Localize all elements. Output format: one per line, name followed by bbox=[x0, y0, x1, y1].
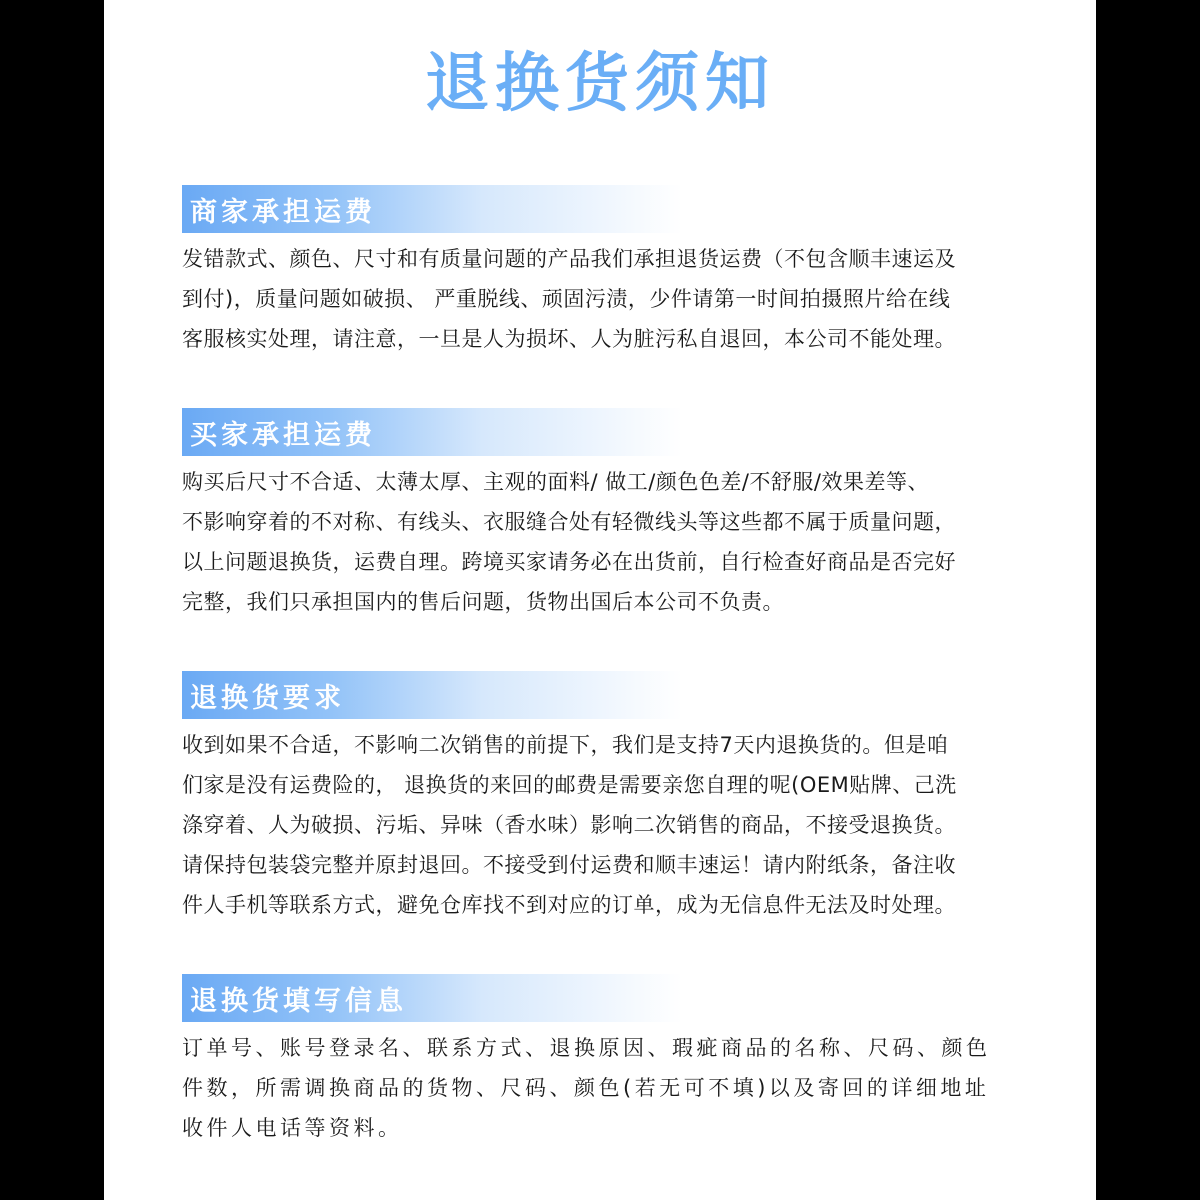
section-header: 买家承担运费 bbox=[182, 408, 682, 456]
section-body: 订单号、账号登录名、联系方式、退换原因、瑕疵商品的名称、尺码、颜色 件数，所需调… bbox=[182, 1028, 1042, 1148]
body-line: 请保持包装袋完整并原封退回。不接受到付运费和顺丰速运！请内附纸条，备注收 bbox=[182, 845, 1042, 885]
section-header: 退换货要求 bbox=[182, 671, 682, 719]
page-title: 退换货须知 bbox=[104, 44, 1096, 124]
notice-page: 退换货须知 商家承担运费 发错款式、颜色、尺寸和有质量问题的产品我们承担退货运费… bbox=[104, 0, 1096, 1200]
section-heading: 退换货要求 bbox=[190, 676, 345, 715]
section-heading: 退换货填写信息 bbox=[190, 979, 407, 1018]
body-line: 订单号、账号登录名、联系方式、退换原因、瑕疵商品的名称、尺码、颜色 bbox=[182, 1028, 1042, 1068]
body-line: 客服核实处理，请注意，一旦是人为损坏、人为脏污私自退回，本公司不能处理。 bbox=[182, 319, 1042, 359]
body-line: 件数，所需调换商品的货物、尺码、颜色(若无可不填)以及寄回的详细地址 bbox=[182, 1068, 1042, 1108]
body-line: 件人手机等联系方式，避免仓库找不到对应的订单，成为无信息件无法及时处理。 bbox=[182, 885, 1042, 925]
body-line: 收件人电话等资料。 bbox=[182, 1108, 1042, 1148]
section-merchant-shipping: 商家承担运费 发错款式、颜色、尺寸和有质量问题的产品我们承担退货运费（不包含顺丰… bbox=[182, 185, 1042, 359]
body-line: 以上问题退换货，运费自理。跨境买家请务必在出货前，自行检查好商品是否完好 bbox=[182, 542, 1042, 582]
section-buyer-shipping: 买家承担运费 购买后尺寸不合适、太薄太厚、主观的面料/ 做工/颜色色差/不舒服/… bbox=[182, 408, 1042, 622]
section-return-info: 退换货填写信息 订单号、账号登录名、联系方式、退换原因、瑕疵商品的名称、尺码、颜… bbox=[182, 974, 1042, 1148]
section-body: 收到如果不合适，不影响二次销售的前提下，我们是支持7天内退换货的。但是咱 们家是… bbox=[182, 725, 1042, 925]
body-line: 收到如果不合适，不影响二次销售的前提下，我们是支持7天内退换货的。但是咱 bbox=[182, 725, 1042, 765]
body-line: 们家是没有运费险的， 退换货的来回的邮费是需要亲您自理的呢(OEM贴牌、己洗 bbox=[182, 765, 1042, 805]
section-header: 商家承担运费 bbox=[182, 185, 682, 233]
body-line: 完整，我们只承担国内的售后问题，货物出国后本公司不负责。 bbox=[182, 582, 1042, 622]
body-line: 不影响穿着的不对称、有线头、衣服缝合处有轻微线头等这些都不属于质量问题， bbox=[182, 502, 1042, 542]
section-heading: 买家承担运费 bbox=[190, 413, 376, 452]
body-line: 到付)，质量问题如破损、 严重脱线、顽固污渍，少件请第一时间拍摄照片给在线 bbox=[182, 279, 1042, 319]
body-line: 发错款式、颜色、尺寸和有质量问题的产品我们承担退货运费（不包含顺丰速运及 bbox=[182, 239, 1042, 279]
body-line: 涤穿着、人为破损、污垢、异味（香水味）影响二次销售的商品，不接受退换货。 bbox=[182, 805, 1042, 845]
section-heading: 商家承担运费 bbox=[190, 190, 376, 229]
section-header: 退换货填写信息 bbox=[182, 974, 682, 1022]
section-body: 购买后尺寸不合适、太薄太厚、主观的面料/ 做工/颜色色差/不舒服/效果差等、 不… bbox=[182, 462, 1042, 622]
body-line: 购买后尺寸不合适、太薄太厚、主观的面料/ 做工/颜色色差/不舒服/效果差等、 bbox=[182, 462, 1042, 502]
section-body: 发错款式、颜色、尺寸和有质量问题的产品我们承担退货运费（不包含顺丰速运及 到付)… bbox=[182, 239, 1042, 359]
section-return-requirements: 退换货要求 收到如果不合适，不影响二次销售的前提下，我们是支持7天内退换货的。但… bbox=[182, 671, 1042, 925]
